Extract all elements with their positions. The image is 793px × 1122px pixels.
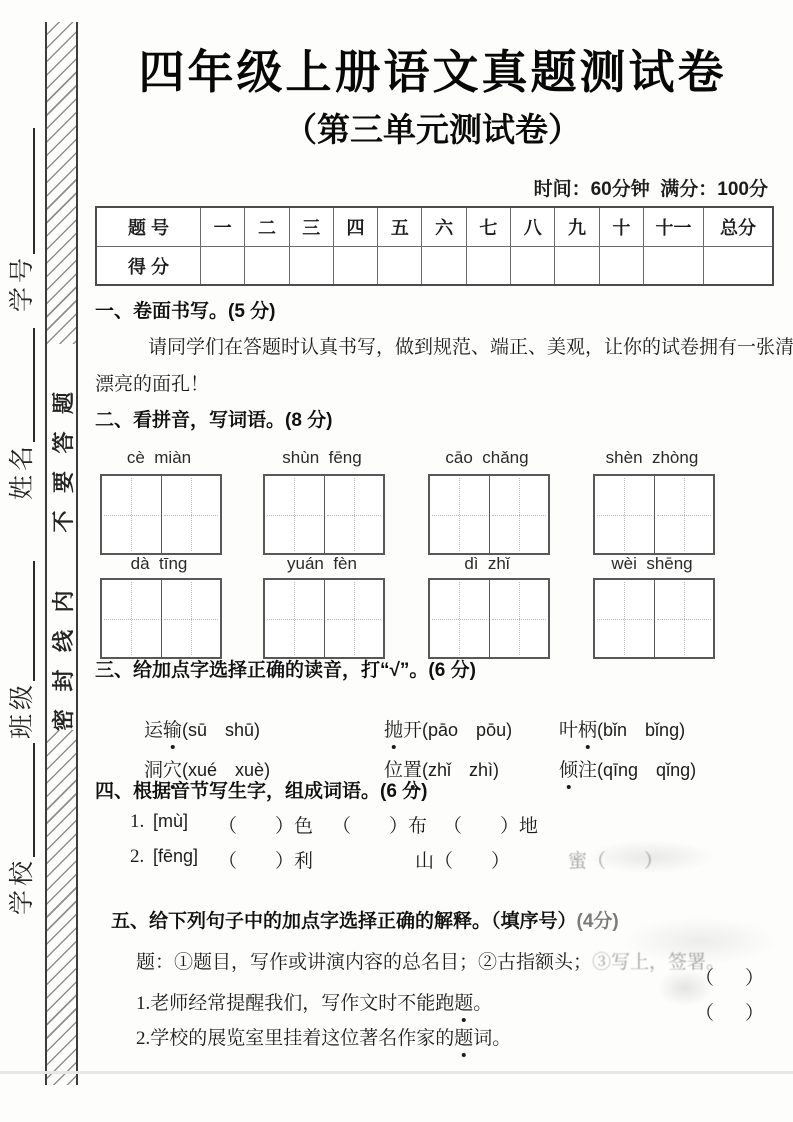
col-header: 五 (377, 208, 421, 246)
score-table-header: 题 号 (97, 208, 200, 246)
col-header: 八 (510, 208, 554, 246)
answer-blank[interactable]: 山（ ） (415, 846, 510, 873)
pinyin-label: dà tīng (100, 554, 218, 574)
writing-grid (263, 474, 385, 555)
answer-blank[interactable]: （ ）布 (332, 811, 427, 838)
writing-grid (428, 578, 550, 659)
hatch-pattern-bottom (47, 730, 76, 1085)
answer-parentheses[interactable]: （ ） (695, 998, 770, 1025)
score-cell[interactable] (643, 246, 703, 284)
scan-edge-line (0, 1071, 793, 1074)
score-cell[interactable] (554, 246, 598, 284)
writing-cell[interactable] (161, 476, 221, 553)
answer-blank[interactable]: （ ）地 (443, 811, 538, 838)
pinyin-label: cāo chǎng (428, 448, 546, 468)
read-choice-item[interactable]: 倾注(qīng qǐng) (540, 733, 696, 804)
writing-cell[interactable] (102, 580, 161, 657)
writing-cell[interactable] (324, 476, 384, 553)
pronunciation-options[interactable]: (zhǐ zhì) (422, 760, 499, 780)
field-label: 班级 (6, 681, 40, 739)
syllable: [fēng] (153, 846, 198, 867)
writing-cell[interactable] (161, 580, 221, 657)
seal-phrase-inner: 密 封 线 内 (47, 584, 78, 731)
field-school: 学校 (6, 743, 40, 915)
writing-grid-row-1 (95, 474, 770, 551)
field-label: 学校 (6, 857, 40, 915)
writing-cell[interactable] (430, 580, 489, 657)
writing-cell[interactable] (654, 476, 714, 553)
col-header-total: 总分 (703, 208, 772, 246)
writing-cell[interactable] (489, 580, 549, 657)
score-cell[interactable] (466, 246, 510, 284)
score-cell[interactable] (333, 246, 377, 284)
score-cell[interactable] (289, 246, 333, 284)
sentence-text: 词。 (473, 1028, 511, 1049)
writing-cell[interactable] (595, 580, 654, 657)
score-cell[interactable] (421, 246, 465, 284)
paper-title: 四年级上册语文真题测试卷 (95, 36, 770, 102)
sentence-text: 学校的展览室里挂着这位著名作家的 (150, 1028, 454, 1049)
col-header: 二 (244, 208, 288, 246)
writing-cell[interactable] (265, 580, 324, 657)
hatch-pattern-top (47, 22, 76, 344)
answer-parentheses[interactable]: （ ） (695, 963, 770, 990)
col-header: 十 (599, 208, 643, 246)
fill-in-line[interactable] (6, 128, 35, 254)
writing-cell[interactable] (324, 580, 384, 657)
section-1-text-line2: 漂亮的面孔！ (95, 369, 209, 396)
writing-grid (593, 474, 715, 555)
score-cell[interactable] (200, 246, 244, 284)
col-header: 七 (466, 208, 510, 246)
paper-main: 四年级上册语文真题测试卷 （第三单元测试卷） 时间：60分钟 满分：100分 题… (95, 0, 770, 1122)
section-2-heading: 二、看拼音，写词语。(8 分) (95, 405, 333, 432)
writing-cell[interactable] (654, 580, 714, 657)
pinyin-row-1: cè miàn shùn fēng cāo chǎng shèn zhòng (95, 448, 770, 470)
writing-cell[interactable] (102, 476, 161, 553)
writing-grid (428, 474, 550, 555)
pinyin-label: wèi shēng (593, 554, 711, 574)
field-label: 姓名 (6, 442, 40, 500)
syllable-item-1: 1. [mù] （ ）色 （ ）布 （ ）地 (95, 811, 770, 837)
score-cell[interactable] (510, 246, 554, 284)
paper-subtitle: （第三单元测试卷） (95, 104, 770, 151)
pinyin-label: dì zhǐ (428, 554, 546, 574)
writing-grid (100, 474, 222, 555)
section-4-heading: 四、根据音节写生字，组成词语。(6 分) (95, 776, 428, 803)
writing-cell[interactable] (595, 476, 654, 553)
score-table: 题 号 一 二 三 四 五 六 七 八 九 十 十一 总分 得 分 (95, 206, 774, 286)
item-number: 1. (130, 811, 144, 833)
col-header: 九 (554, 208, 598, 246)
col-header: 十一 (643, 208, 703, 246)
writing-cell[interactable] (265, 476, 324, 553)
col-header: 三 (289, 208, 333, 246)
writing-grid-row-2 (95, 578, 770, 655)
score-cell[interactable] (244, 246, 288, 284)
score-cell[interactable] (599, 246, 643, 284)
answer-blank[interactable]: 蜜（ ） (568, 846, 663, 873)
answer-blank[interactable]: （ ）色 (218, 811, 313, 838)
pinyin-label: cè miàn (100, 448, 218, 468)
writing-grid (263, 578, 385, 659)
fill-in-line[interactable] (6, 743, 35, 857)
score-cell-total[interactable] (703, 246, 772, 284)
field-class: 班级 (6, 561, 40, 739)
fill-in-line[interactable] (6, 561, 35, 681)
syllable: [mù] (153, 811, 188, 832)
writing-cell[interactable] (430, 476, 489, 553)
dotted-char: 题 (454, 1023, 473, 1050)
score-row-label: 得 分 (97, 246, 200, 284)
field-name: 姓名 (6, 328, 40, 500)
writing-grid (593, 578, 715, 659)
pronunciation-options[interactable]: (qīng qǐng) (597, 760, 696, 780)
writing-grid (100, 578, 222, 659)
pinyin-label: shèn zhòng (593, 448, 711, 468)
section-1-text-line1: 请同学们在答题时认真书写，做到规范、端正、美观，让你的试卷拥有一张清秀、 (148, 332, 793, 359)
pinyin-label: yuán fèn (263, 554, 381, 574)
section-3-heading: 三、给加点字选择正确的读音，打“√”。(6 分) (95, 655, 476, 682)
section-1-heading: 一、卷面书写。(5 分) (95, 296, 276, 323)
score-cell[interactable] (377, 246, 421, 284)
fill-in-line[interactable] (6, 328, 35, 442)
dotted-char: 倾 (559, 755, 578, 782)
field-label: 学号 (6, 254, 40, 312)
pinyin-label: shùn fēng (263, 448, 381, 468)
col-header: 四 (333, 208, 377, 246)
sentence-item-2: 2.学校的展览室里挂着这位著名作家的题词。 (117, 1001, 511, 1072)
col-header: 一 (200, 208, 244, 246)
writing-cell[interactable] (489, 476, 549, 553)
field-student-number: 学号 (6, 128, 40, 312)
seal-phrase-outer: 不 要 答 题 (47, 386, 78, 533)
col-header: 六 (421, 208, 465, 246)
item-number: 2. (136, 1028, 150, 1049)
word-part: 注 (578, 760, 597, 781)
item-number: 2. (130, 846, 144, 868)
answer-blank[interactable]: （ ）利 (218, 846, 313, 873)
time-score-info: 时间：60分钟 满分：100分 (534, 174, 768, 201)
seal-warning-text: 密 封 线 内 不 要 答 题 (45, 346, 79, 731)
syllable-item-2: 2. [fēng] （ ）利 山（ ） 蜜（ ） (95, 846, 770, 872)
pinyin-row-2: dà tīng yuán fèn dì zhǐ wèi shēng (95, 554, 770, 576)
